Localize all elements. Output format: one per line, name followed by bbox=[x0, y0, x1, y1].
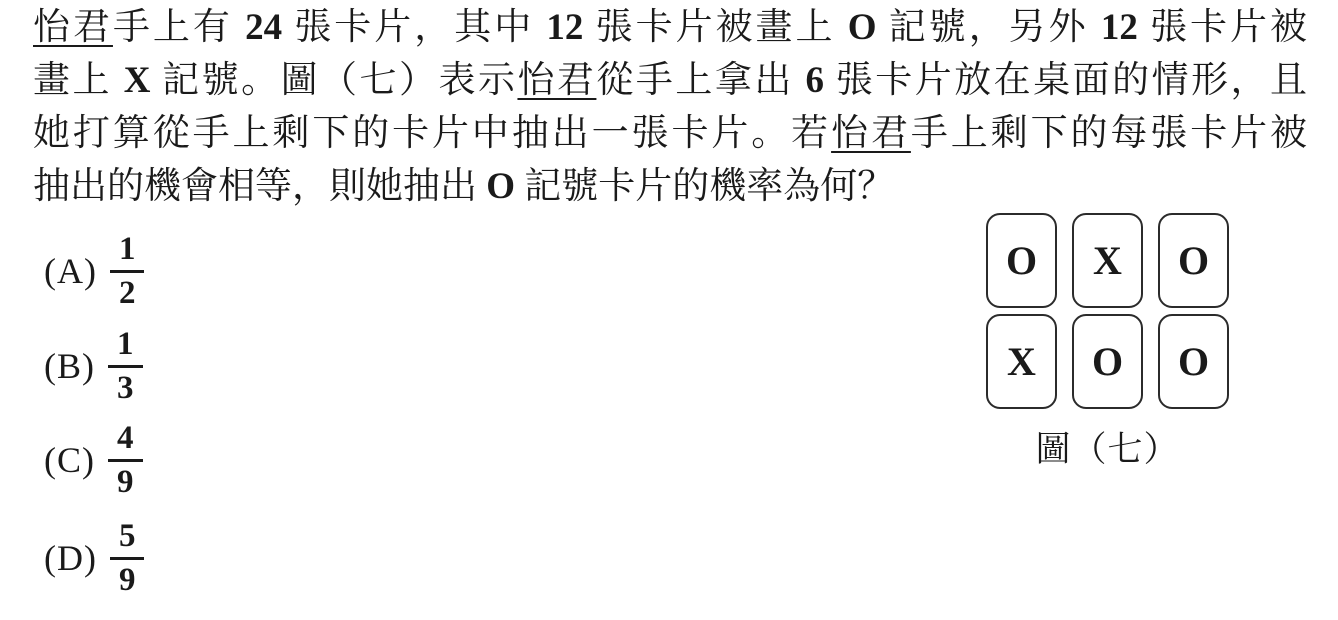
card-1-3: O bbox=[1158, 213, 1229, 308]
card-mark: O bbox=[1092, 338, 1123, 385]
card-1-1: O bbox=[986, 213, 1057, 308]
card-1-2: X bbox=[1072, 213, 1143, 308]
text-segment: 12 bbox=[1101, 7, 1138, 48]
card-mark: X bbox=[1007, 338, 1036, 385]
text-segment: 6 bbox=[806, 60, 825, 101]
text-segment: 手上剩下的每張卡片被 bbox=[911, 113, 1307, 154]
fraction-denominator: 9 bbox=[119, 560, 136, 597]
option-b: (B)13 bbox=[44, 327, 143, 405]
card-2-2: O bbox=[1072, 314, 1143, 409]
text-segment: 12 bbox=[546, 7, 583, 48]
text-segment: 從手上拿出 bbox=[596, 60, 805, 101]
option-label: (D) bbox=[44, 537, 97, 579]
option-d: (D)59 bbox=[44, 519, 144, 597]
answer-options: (A)12(B)13(C)49(D)59 bbox=[0, 0, 400, 620]
card-mark: X bbox=[1093, 237, 1122, 284]
figure-seven: OXOXOO 圖（七） bbox=[986, 213, 1229, 472]
fraction-numerator: 5 bbox=[110, 520, 145, 560]
text-segment: 張卡片放在桌面的情形，且 bbox=[824, 60, 1307, 101]
person-name-underlined: 怡君 bbox=[517, 60, 596, 101]
card-2-3: O bbox=[1158, 314, 1229, 409]
text-segment: 張卡片被畫上 bbox=[583, 7, 847, 48]
fraction-denominator: 9 bbox=[117, 462, 134, 499]
option-label: (A) bbox=[44, 250, 97, 292]
text-segment: O bbox=[848, 7, 877, 48]
figure-caption: 圖（七） bbox=[986, 422, 1229, 472]
person-name-underlined: 怡君 bbox=[831, 113, 911, 154]
option-c: (C)49 bbox=[44, 421, 143, 499]
text-segment: O bbox=[486, 166, 515, 207]
card-grid: OXOXOO bbox=[986, 213, 1229, 409]
option-label: (C) bbox=[44, 439, 95, 481]
exam-question-page: 怡君手上有 24 張卡片，其中 12 張卡片被畫上 O 記號，另外 12 張卡片… bbox=[0, 0, 1338, 620]
card-mark: O bbox=[1178, 237, 1209, 284]
fraction-numerator: 1 bbox=[110, 233, 145, 273]
fraction-numerator: 4 bbox=[108, 422, 143, 462]
fraction-value: 12 bbox=[110, 233, 145, 310]
option-label: (B) bbox=[44, 345, 95, 387]
text-segment: 記號，另外 bbox=[877, 7, 1101, 48]
text-segment: 記號卡片的機率為何？ bbox=[515, 166, 894, 207]
fraction-denominator: 3 bbox=[117, 368, 134, 405]
card-mark: O bbox=[1178, 338, 1209, 385]
card-2-1: X bbox=[986, 314, 1057, 409]
fraction-denominator: 2 bbox=[119, 273, 136, 310]
fraction-value: 13 bbox=[108, 328, 143, 405]
option-a: (A)12 bbox=[44, 232, 144, 310]
card-mark: O bbox=[1006, 237, 1037, 284]
fraction-value: 59 bbox=[110, 520, 145, 597]
fraction-value: 49 bbox=[108, 422, 143, 499]
fraction-numerator: 1 bbox=[108, 328, 143, 368]
text-segment: 張卡片被 bbox=[1138, 7, 1307, 48]
